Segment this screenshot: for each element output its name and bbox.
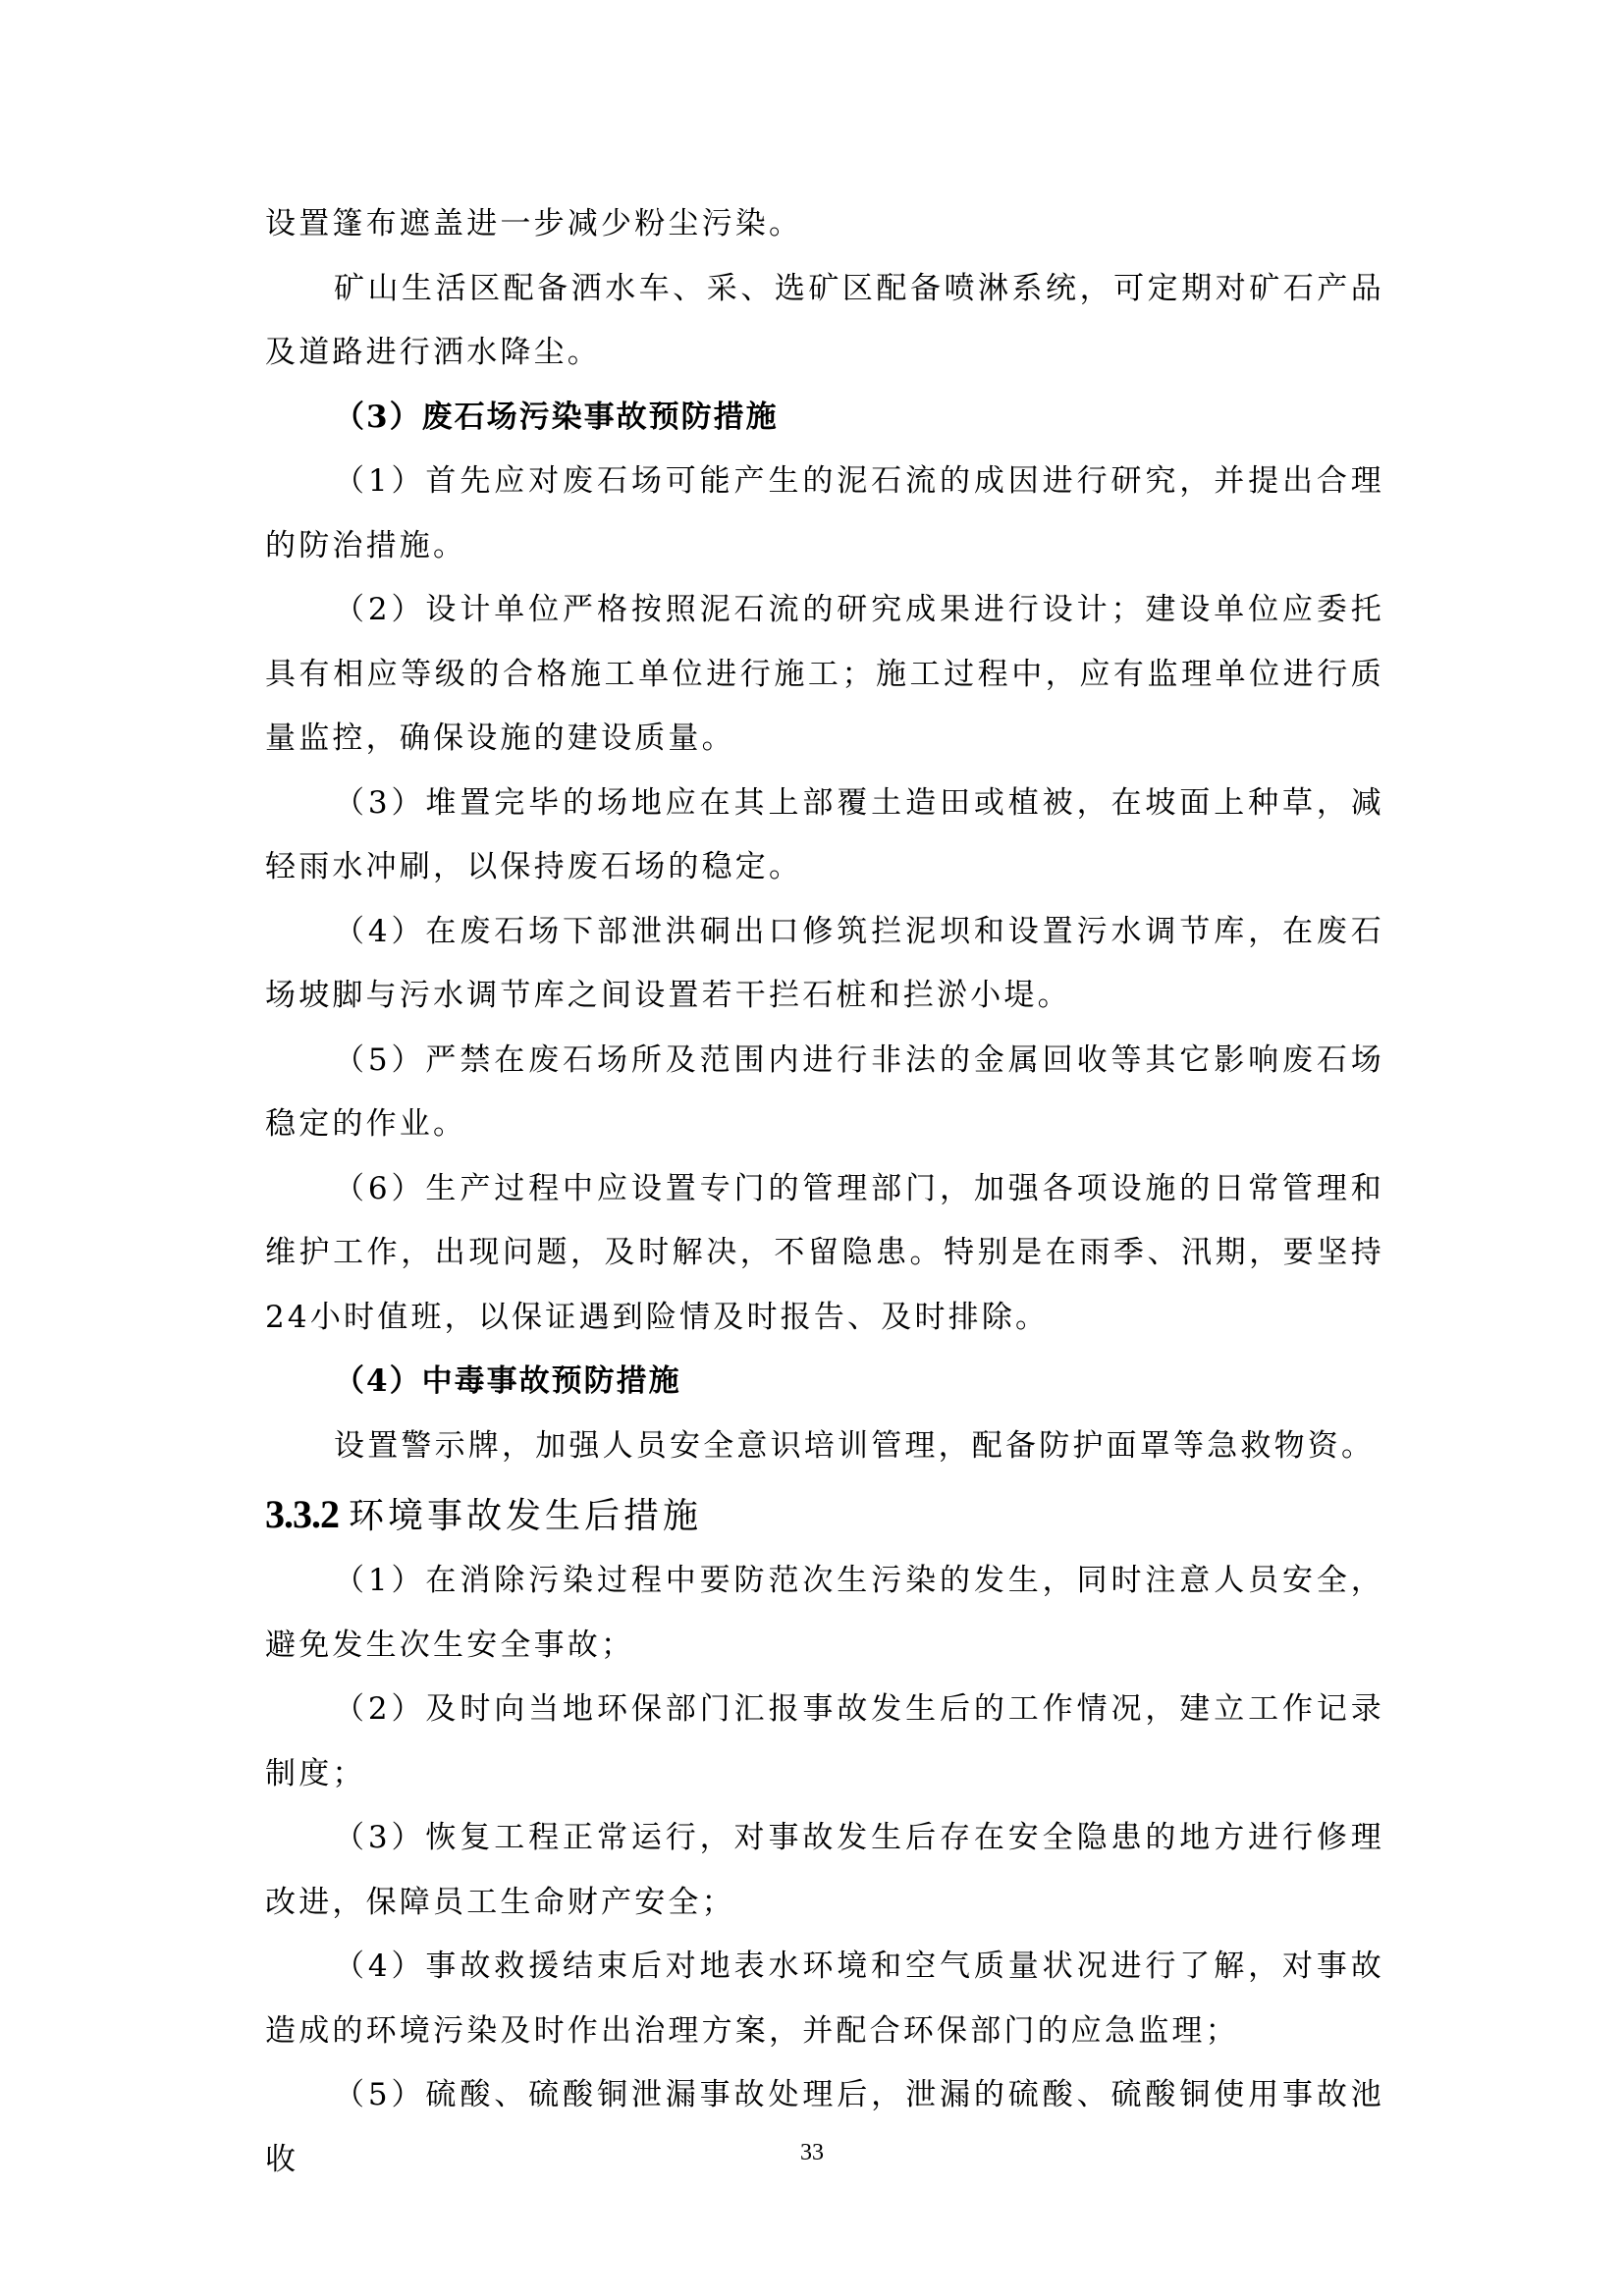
document-page: 设置篷布遮盖进一步减少粉尘污染。 矿山生活区配备洒水车、采、选矿区配备喷淋系统，…: [0, 0, 1624, 2296]
continuation-paragraph: 设置篷布遮盖进一步减少粉尘污染。: [265, 192, 1384, 257]
list-item: （4）事故救援结束后对地表水环境和空气质量状况进行了解，对事故造成的环境污染及时…: [265, 1935, 1384, 2063]
page-number: 33: [0, 2140, 1624, 2166]
list-item: （4）在废石场下部泄洪硐出口修筑拦泥坝和设置污水调节库，在废石场坡脚与污水调节库…: [265, 900, 1384, 1029]
section-title: 环境事故发生后措施: [349, 1496, 702, 1536]
subsection-heading-poisoning: （4）中毒事故预防措施: [265, 1350, 1384, 1415]
list-item: （1）在消除污染过程中要防范次生污染的发生，同时注意人员安全，避免发生次生安全事…: [265, 1549, 1384, 1678]
list-item: （1）首先应对废石场可能产生的泥石流的成因进行研究，并提出合理的防治措施。: [265, 450, 1384, 578]
list-item: （2）及时向当地环保部门汇报事故发生后的工作情况，建立工作记录制度；: [265, 1678, 1384, 1806]
list-item: （5）硫酸、硫酸铜泄漏事故处理后，泄漏的硫酸、硫酸铜使用事故池收: [265, 2063, 1384, 2192]
list-item: （5）严禁在废石场所及范围内进行非法的金属回收等其它影响废石场稳定的作业。: [265, 1029, 1384, 1157]
list-item: （6）生产过程中应设置专门的管理部门，加强各项设施的日常管理和维护工作，出现问题…: [265, 1157, 1384, 1351]
subsection-heading-waste-rock: （3）废石场污染事故预防措施: [265, 386, 1384, 451]
section-heading: 3.3.2环境事故发生后措施: [265, 1482, 1384, 1549]
dust-suppression-paragraph: 矿山生活区配备洒水车、采、选矿区配备喷淋系统，可定期对矿石产品及道路进行洒水降尘…: [265, 257, 1384, 386]
section-number: 3.3.2: [265, 1492, 339, 1536]
list-item: （3）堆置完毕的场地应在其上部覆土造田或植被，在坡面上种草，减轻雨水冲刷，以保持…: [265, 772, 1384, 900]
list-item: （2）设计单位严格按照泥石流的研究成果进行设计；建设单位应委托具有相应等级的合格…: [265, 578, 1384, 772]
poisoning-prevention-paragraph: 设置警示牌，加强人员安全意识培训管理，配备防护面罩等急救物资。: [265, 1415, 1384, 1479]
list-item: （3）恢复工程正常运行，对事故发生后存在安全隐患的地方进行修理改进，保障员工生命…: [265, 1806, 1384, 1935]
page-content: 设置篷布遮盖进一步减少粉尘污染。 矿山生活区配备洒水车、采、选矿区配备喷淋系统，…: [265, 192, 1384, 2192]
